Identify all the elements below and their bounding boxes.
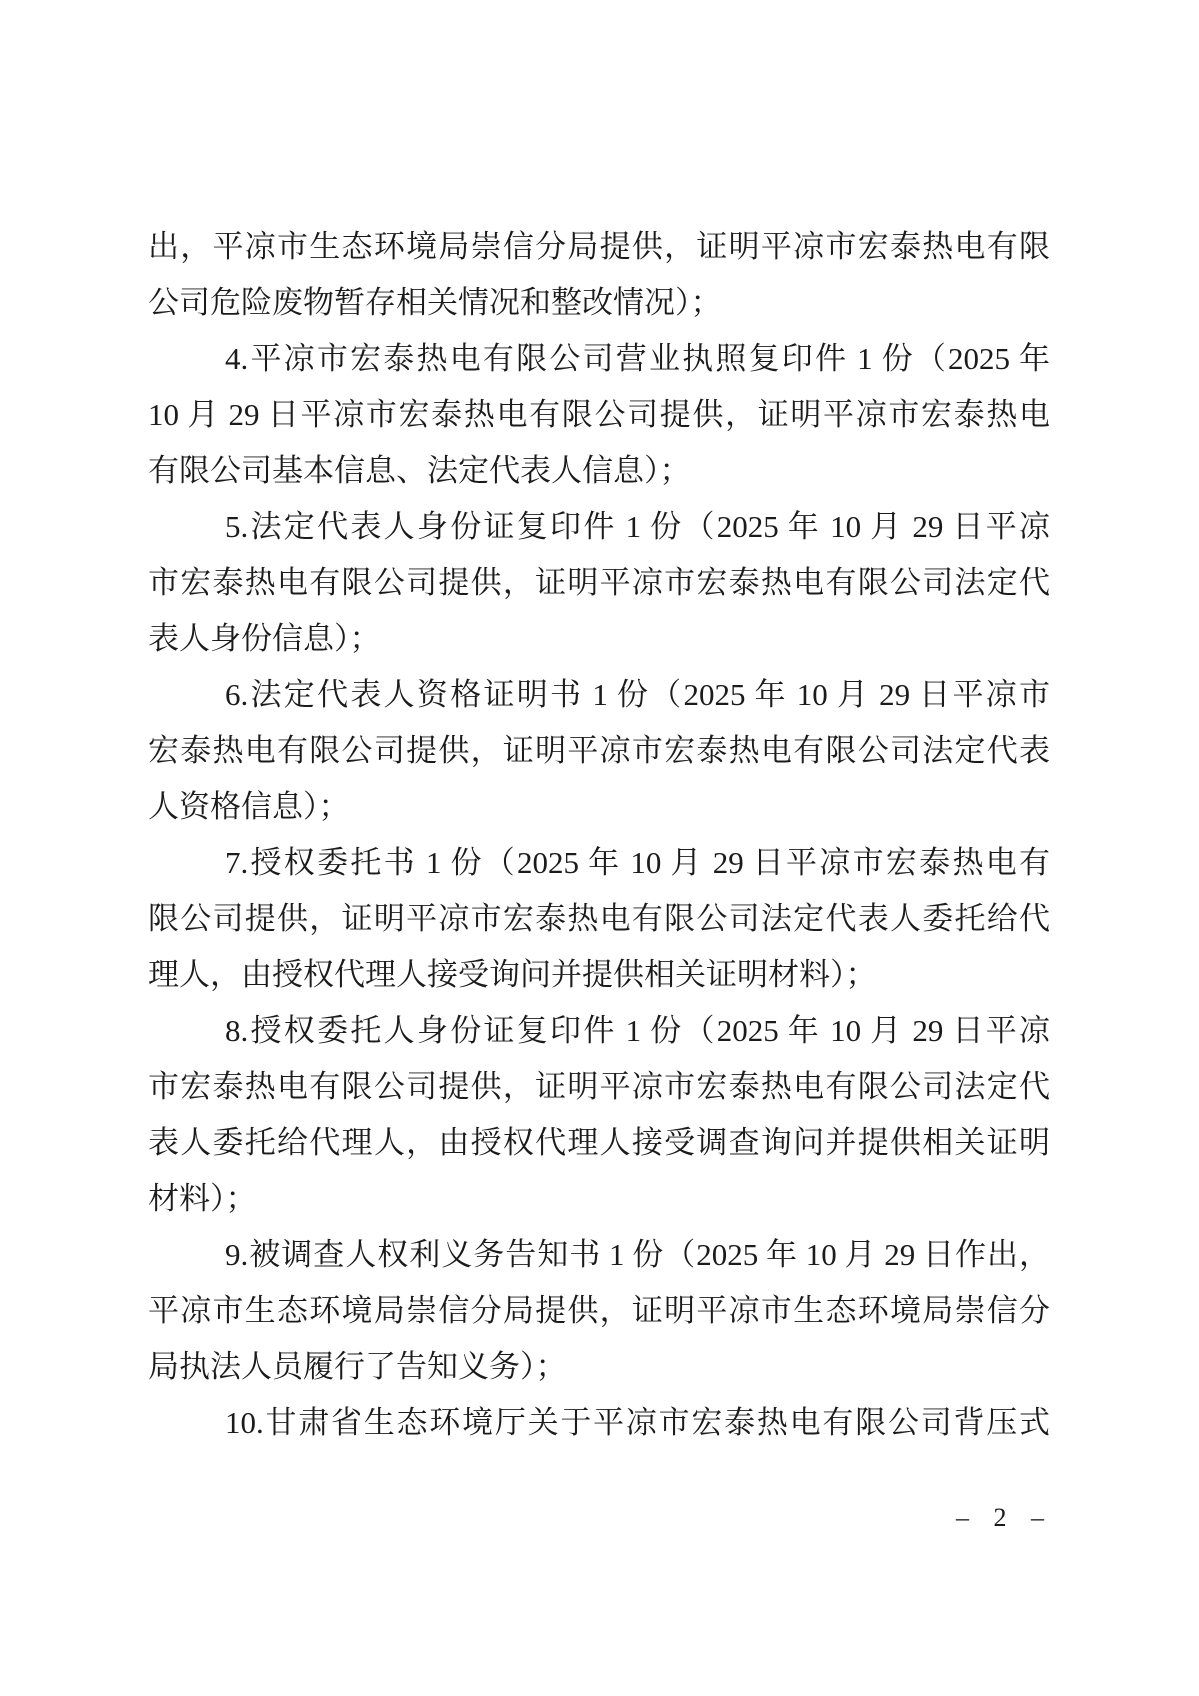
text-line: 10.甘肃省生态环境厅关于平凉市宏泰热电有限公司背压式 [148,1395,1050,1451]
text-line: 4.平凉市宏泰热电有限公司营业执照复印件 1 份（2025 年 [148,331,1050,387]
text-line: 10 月 29 日平凉市宏泰热电有限公司提供，证明平凉市宏泰热电 [148,387,1050,443]
text-line: 出，平凉市生态环境局崇信分局提供，证明平凉市宏泰热电有限 [148,219,1050,275]
page-number: – 2 – [956,1503,1050,1533]
text-line: 有限公司基本信息、法定代表人信息）； [148,443,1050,499]
text-line: 材料）； [148,1171,1050,1227]
text-line: 9.被调查人权利义务告知书 1 份（2025 年 10 月 29 日作出， [148,1227,1050,1283]
text-line: 8.授权委托人身份证复印件 1 份（2025 年 10 月 29 日平凉 [148,1003,1050,1059]
document-page: 出，平凉市生态环境局崇信分局提供，证明平凉市宏泰热电有限 公司危险废物暂存相关情… [0,0,1199,1696]
text-line: 市宏泰热电有限公司提供，证明平凉市宏泰热电有限公司法定代 [148,555,1050,611]
text-line: 6.法定代表人资格证明书 1 份（2025 年 10 月 29 日平凉市 [148,667,1050,723]
text-line: 理人，由授权代理人接受询问并提供相关证明材料）； [148,947,1050,1003]
text-line: 表人身份信息）； [148,611,1050,667]
text-line: 平凉市生态环境局崇信分局提供，证明平凉市生态环境局崇信分 [148,1283,1050,1339]
text-line: 限公司提供，证明平凉市宏泰热电有限公司法定代表人委托给代 [148,891,1050,947]
text-line: 7.授权委托书 1 份（2025 年 10 月 29 日平凉市宏泰热电有 [148,835,1050,891]
text-line: 宏泰热电有限公司提供，证明平凉市宏泰热电有限公司法定代表 [148,723,1050,779]
text-line: 表人委托给代理人，由授权代理人接受调查询问并提供相关证明 [148,1115,1050,1171]
text-line: 局执法人员履行了告知义务）； [148,1339,1050,1395]
text-line: 市宏泰热电有限公司提供，证明平凉市宏泰热电有限公司法定代 [148,1059,1050,1115]
text-line: 公司危险废物暂存相关情况和整改情况）； [148,275,1050,331]
text-line: 人资格信息）； [148,779,1050,835]
document-body: 出，平凉市生态环境局崇信分局提供，证明平凉市宏泰热电有限 公司危险废物暂存相关情… [148,219,1050,1451]
text-line: 5.法定代表人身份证复印件 1 份（2025 年 10 月 29 日平凉 [148,499,1050,555]
